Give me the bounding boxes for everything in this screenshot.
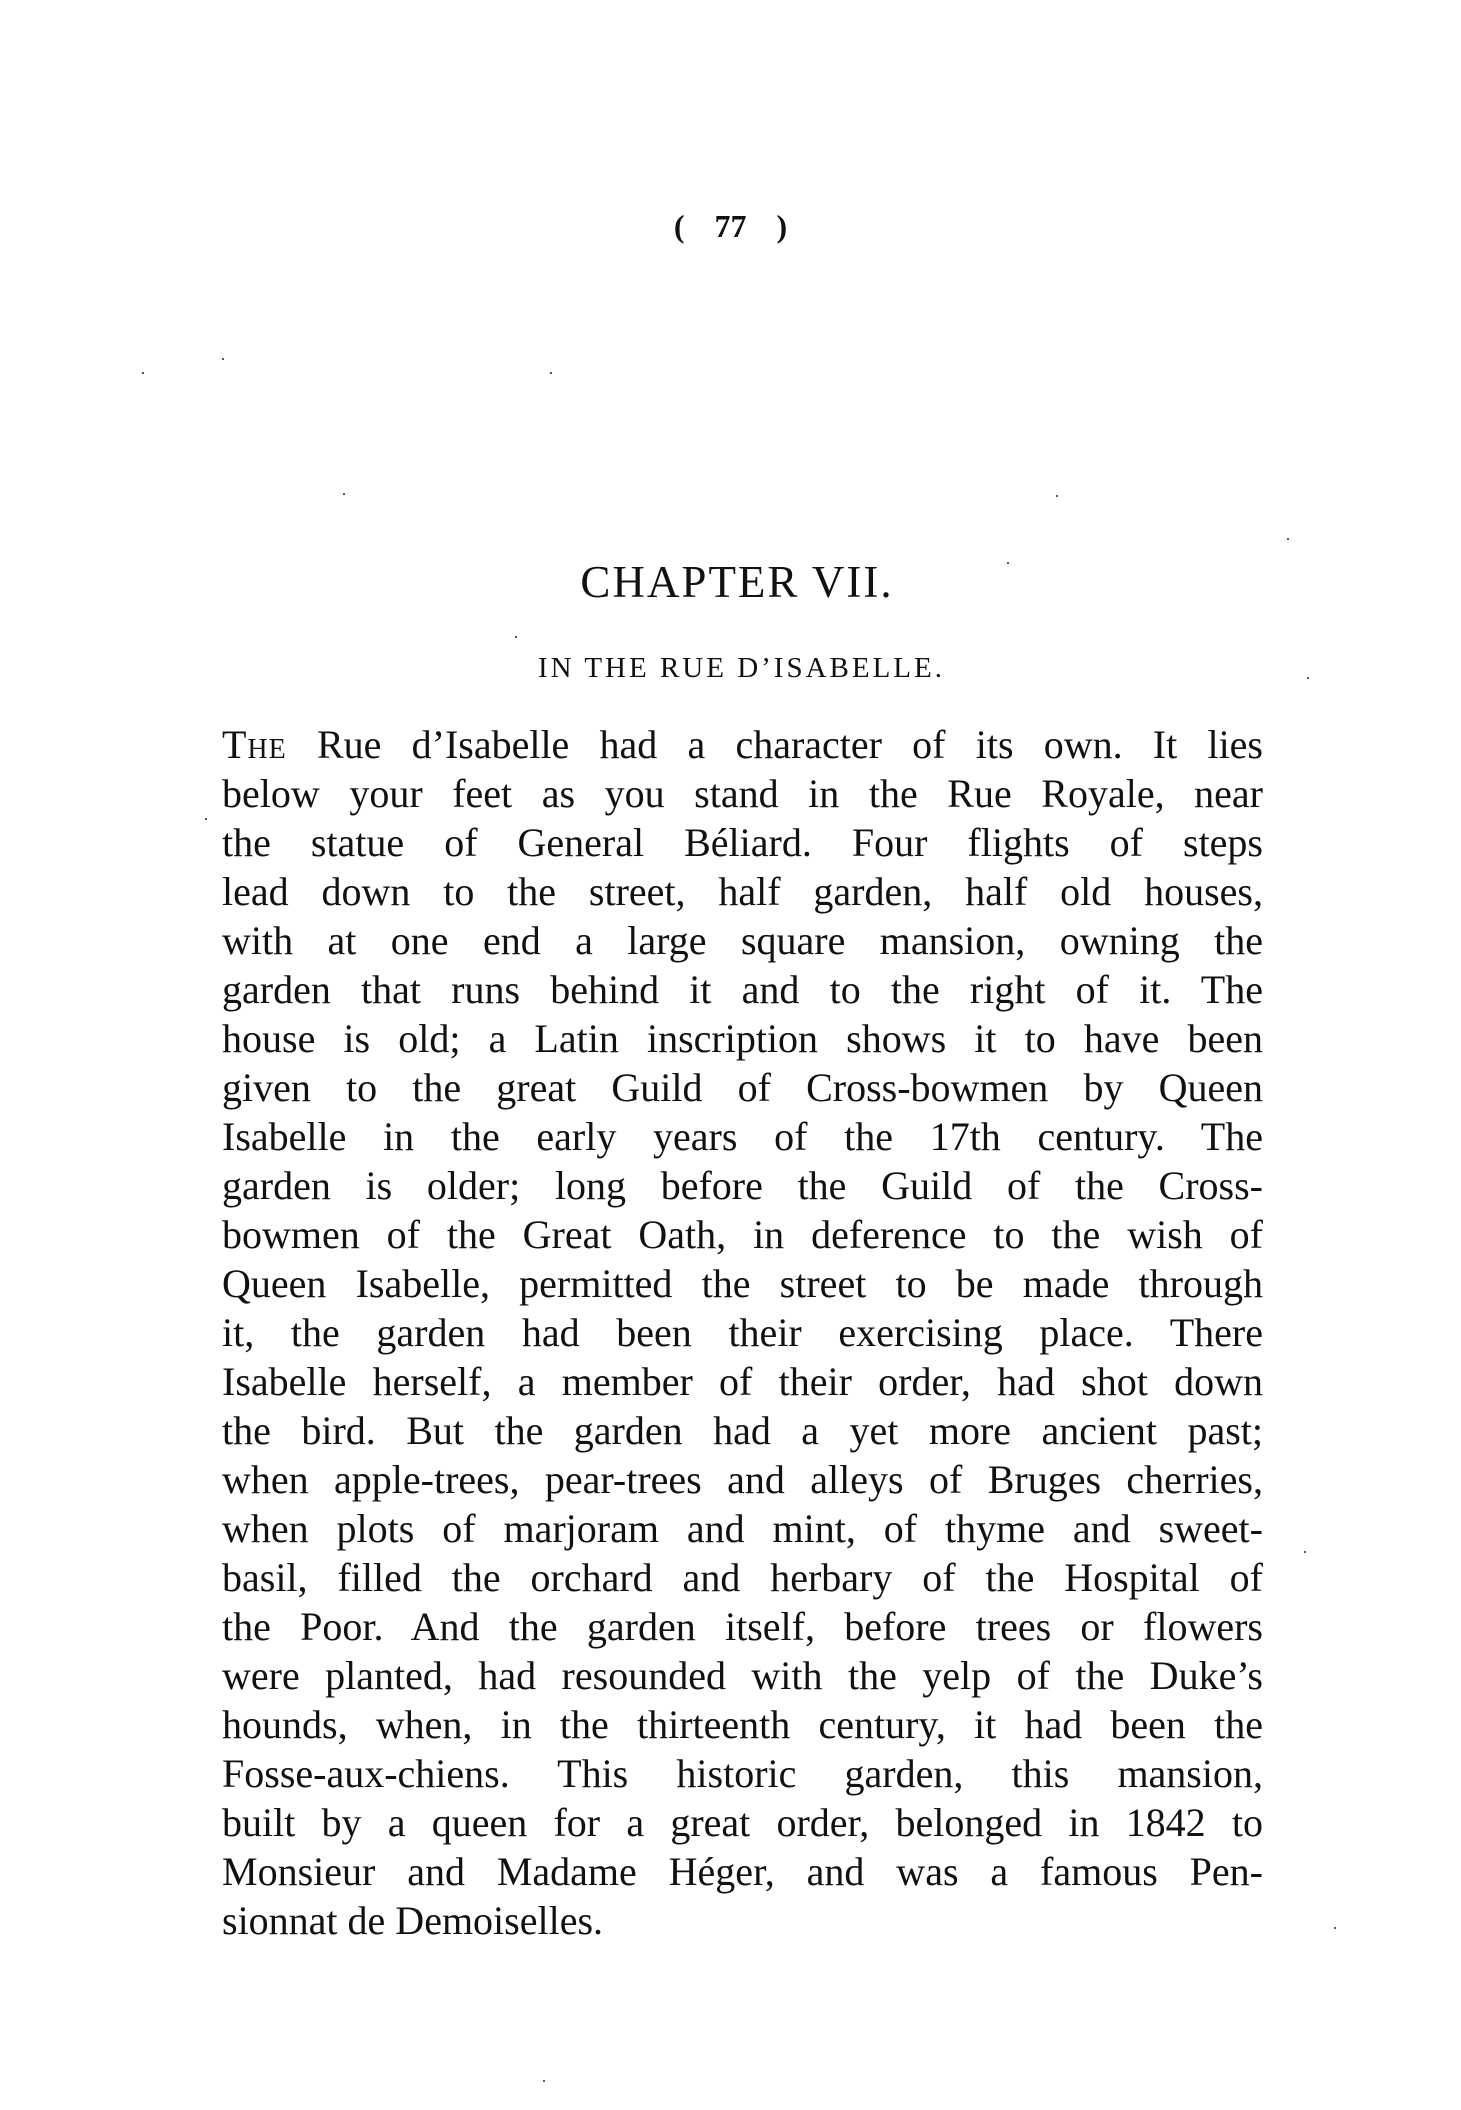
chapter-subtitle: IN THE RUE D’ISABELLE. <box>0 650 1461 686</box>
scan-speck <box>343 493 345 495</box>
text-line: the Poor. And the garden itself, before … <box>222 1602 1263 1651</box>
page-number-open-paren: ( <box>674 206 685 246</box>
chapter-title: CHAPTER VII. <box>0 556 1461 608</box>
scan-speck <box>1007 562 1009 564</box>
text-line: Monsieur and Madame Héger, and was a fam… <box>222 1847 1263 1896</box>
text-line: house is old; a Latin inscription shows … <box>222 1014 1263 1063</box>
scan-speck <box>205 818 207 820</box>
text-line: given to the great Guild of Cross-bowmen… <box>222 1063 1263 1112</box>
text-line: below your feet as you stand in the Rue … <box>222 769 1263 818</box>
text-line-content: Rue d’Isabelle had a character of its ow… <box>287 722 1263 767</box>
text-line: when plots of marjoram and mint, of thym… <box>222 1504 1263 1553</box>
text-line: the bird. But the garden had a yet more … <box>222 1406 1263 1455</box>
text-line: Isabelle herself, a member of their orde… <box>222 1357 1263 1406</box>
text-line: garden that runs behind it and to the ri… <box>222 965 1263 1014</box>
text-line: lead down to the street, half garden, ha… <box>222 867 1263 916</box>
text-line: garden is older; long before the Guild o… <box>222 1161 1263 1210</box>
text-line: bowmen of the Great Oath, in deference t… <box>222 1210 1263 1259</box>
page-number-close-paren: ) <box>777 206 788 246</box>
scan-speck <box>142 372 144 374</box>
text-line: with at one end a large square mansion, … <box>222 916 1263 965</box>
text-line: built by a queen for a great order, belo… <box>222 1798 1263 1847</box>
scan-speck <box>1307 677 1309 679</box>
page-number: (77) <box>0 206 1461 246</box>
text-line: were planted, had resounded with the yel… <box>222 1651 1263 1700</box>
text-line: when apple-trees, pear-trees and alleys … <box>222 1455 1263 1504</box>
scan-speck <box>1056 495 1058 497</box>
text-line: Isabelle in the early years of the 17th … <box>222 1112 1263 1161</box>
text-line: basil, filled the orchard and herbary of… <box>222 1553 1263 1602</box>
scan-speck <box>550 372 552 374</box>
text-line: the statue of General Béliard. Four flig… <box>222 818 1263 867</box>
text-line-last: sionnat de Demoiselles. <box>222 1896 1263 1945</box>
scan-speck <box>515 636 517 638</box>
opening-smallcaps-word: The <box>222 722 287 767</box>
scan-speck <box>222 358 224 360</box>
scan-speck <box>1334 1927 1336 1929</box>
text-line: Queen Isabelle, permitted the street to … <box>222 1259 1263 1308</box>
text-line: it, the garden had been their exercising… <box>222 1308 1263 1357</box>
text-line: Fosse-aux-chiens. This historic garden, … <box>222 1749 1263 1798</box>
body-paragraph: The Rue d’Isabelle had a character of it… <box>222 720 1263 1945</box>
text-line: hounds, when, in the thirteenth century,… <box>222 1700 1263 1749</box>
scan-speck <box>1304 1551 1306 1553</box>
page-number-value: 77 <box>715 206 747 246</box>
scan-speck <box>543 2080 545 2082</box>
text-line: The Rue d’Isabelle had a character of it… <box>222 720 1263 769</box>
scan-speck <box>1287 538 1289 540</box>
